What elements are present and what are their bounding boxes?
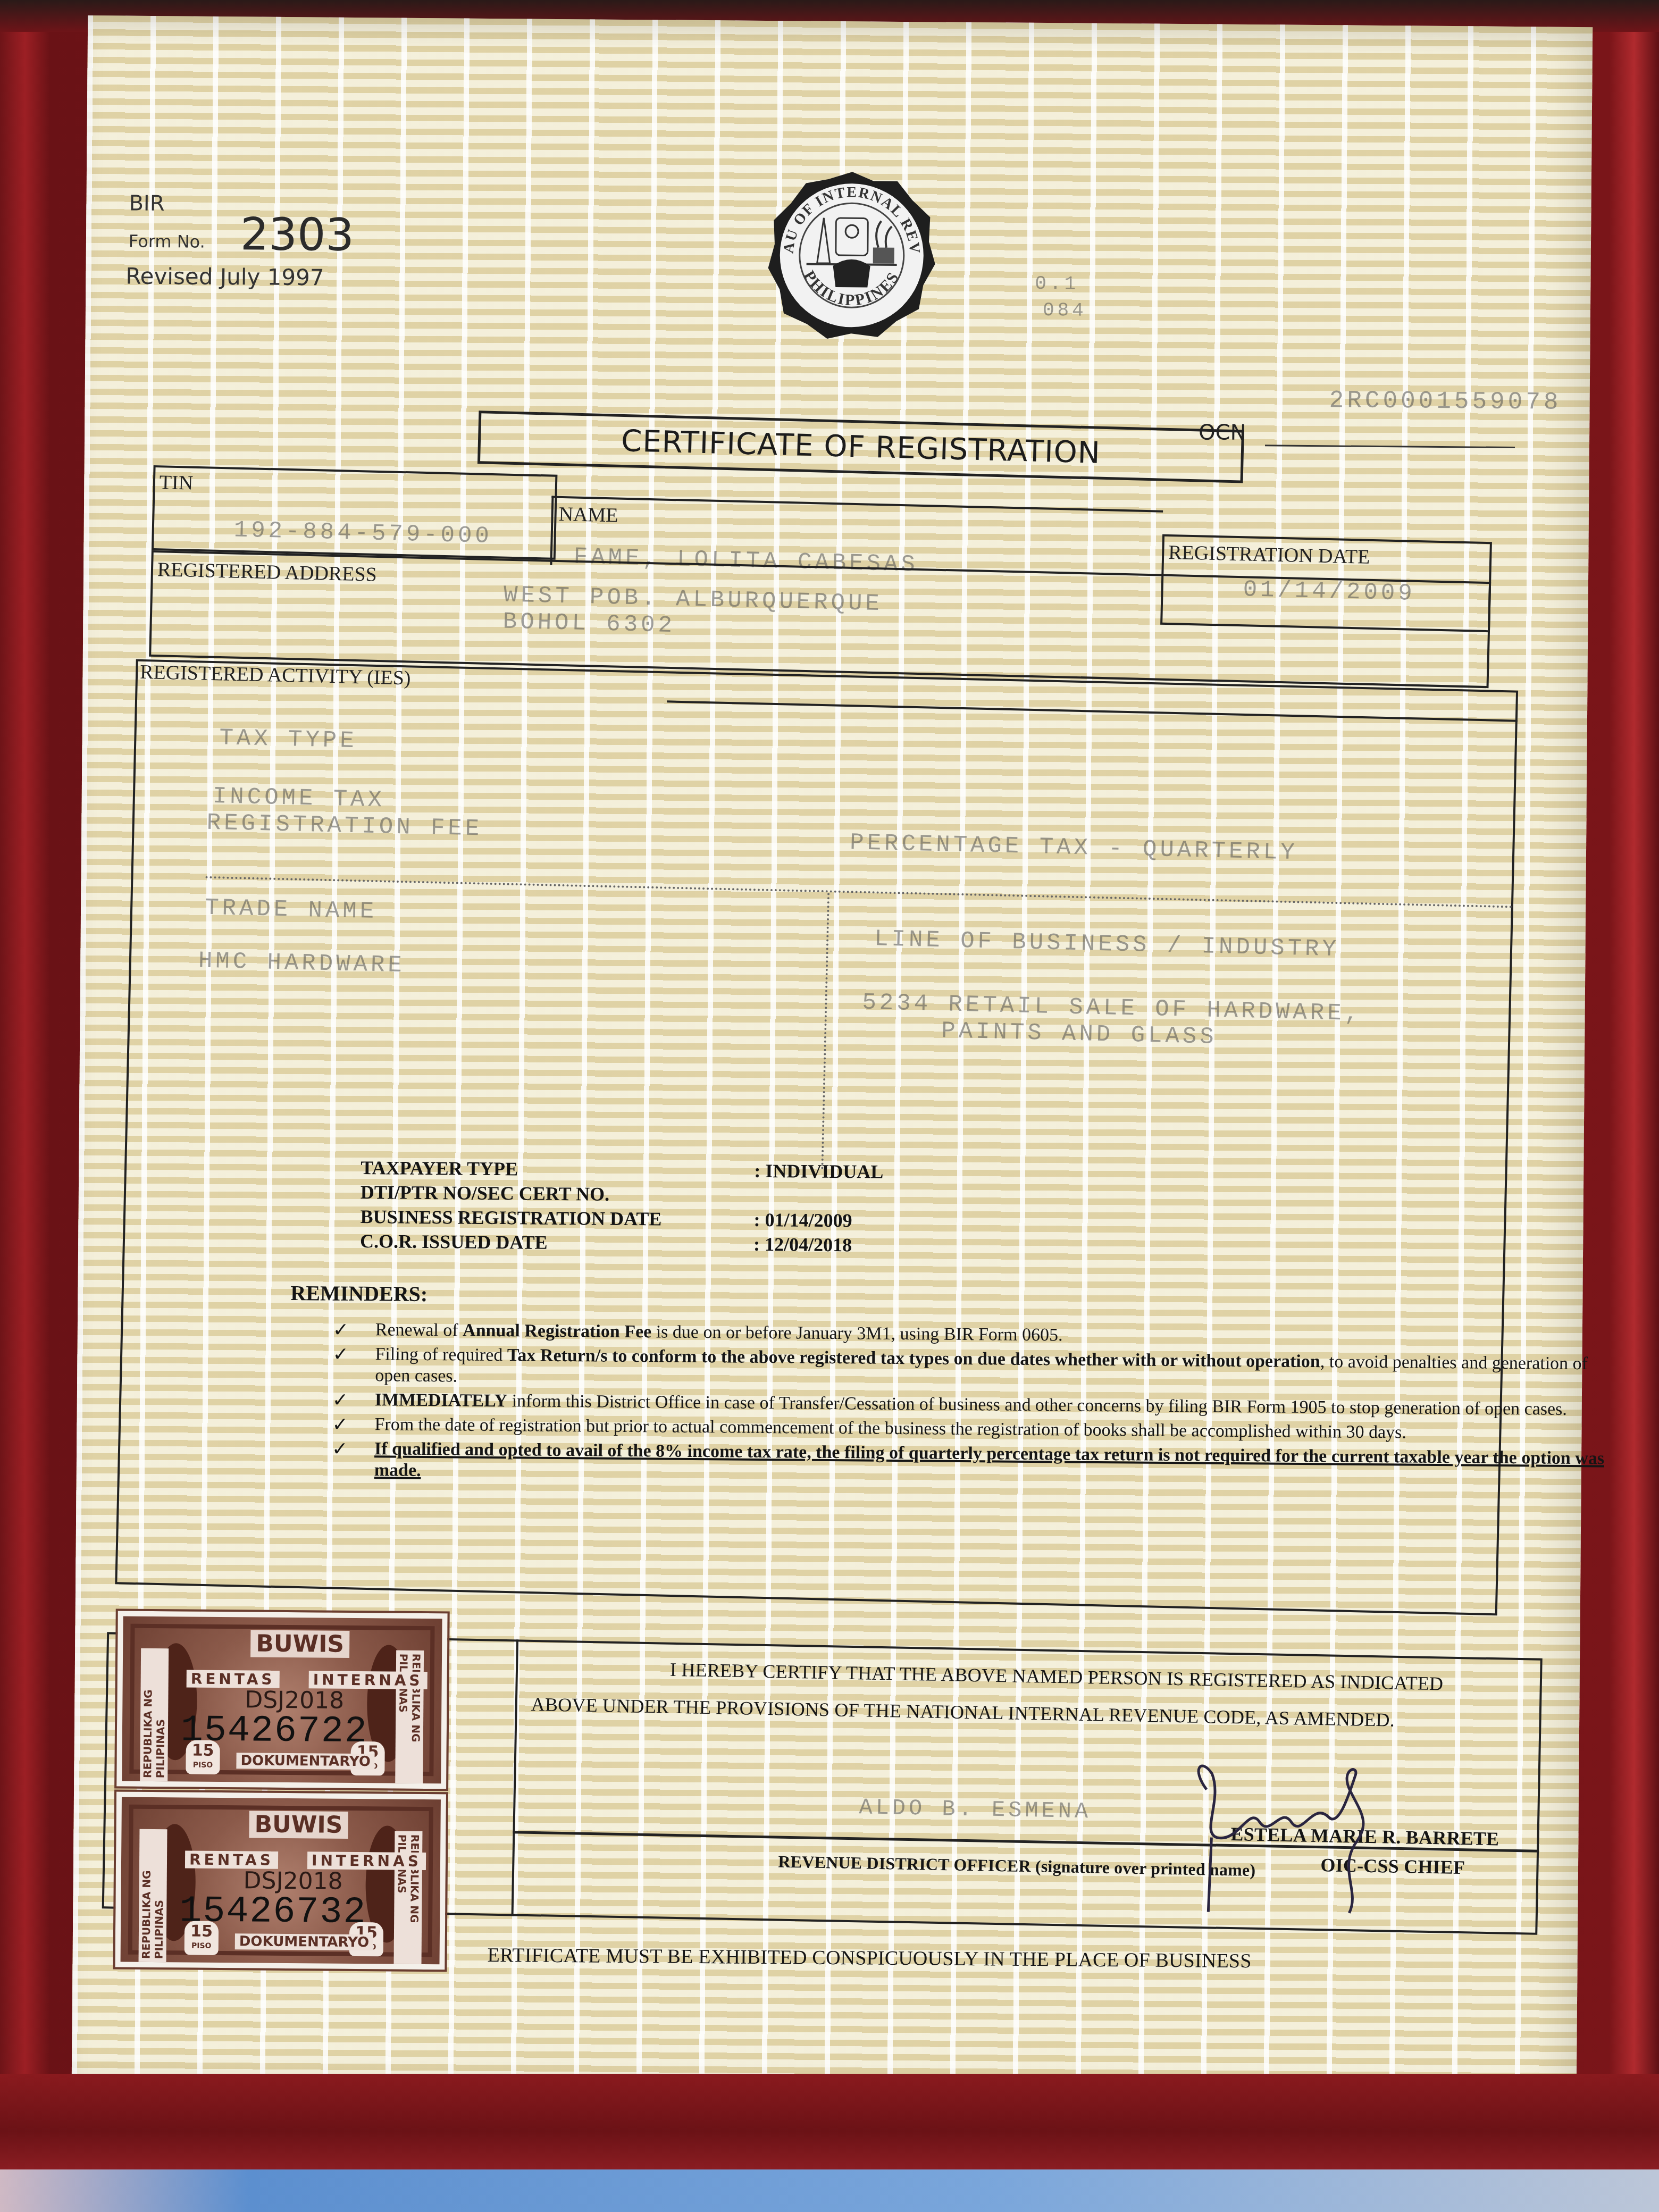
reminder-item: ✓Filing of required Tax Return/s to conf…	[332, 1344, 1609, 1396]
signature-mark	[1179, 1757, 1478, 1919]
trade-name-label: TRADE NAME	[205, 895, 378, 925]
tax-type-label: TAX TYPE	[219, 725, 357, 755]
reminders-list: ✓Renewal of Annual Registration Fee is d…	[332, 1319, 1609, 1491]
stamp-value-left: 15PISO	[185, 1921, 219, 1955]
info-row-taxpayer-type: TAXPAYER TYPE: INDIVIDUAL	[361, 1155, 883, 1184]
ocn-underline	[1265, 445, 1515, 448]
stamp-header: BUWIS	[250, 1630, 349, 1657]
background-below-frame	[0, 2169, 1659, 2212]
documentary-stamp-1: REPUBLIKA NG PILIPINAS REPUBLIKA NG PILI…	[116, 1611, 448, 1789]
check-icon: ✓	[332, 1438, 348, 1460]
page-title: CERTIFICATE OF REGISTRATION	[621, 423, 1101, 470]
rdo-printed-name: ALDO B. ESMENA	[859, 1795, 1092, 1824]
rdo-code-line1: 0.1	[1035, 273, 1079, 295]
certificate-paper: BIR Form No. 2303 Revised July 1997 BURE…	[72, 15, 1593, 2090]
documentary-stamp-2: REPUBLIKA NG PILIPINAS REPUBLIKA NG PILI…	[115, 1791, 446, 1970]
reminder-item: ✓If qualified and opted to avail of the …	[332, 1438, 1608, 1491]
info-row-dti: DTI/PTR NO/SEC CERT NO.	[361, 1180, 883, 1209]
stamp-header: BUWIS	[249, 1811, 348, 1838]
form-revised: Revised July 1997	[125, 263, 324, 291]
form-number: 2303	[240, 208, 355, 261]
bir-seal-icon: BUREAU OF INTERNAL REVENUE PHILIPPINES	[763, 167, 940, 344]
documentary-stamps: REPUBLIKA NG PILIPINAS REPUBLIKA NG PILI…	[115, 1611, 447, 1970]
reminders: REMINDERS: ✓Renewal of Annual Registrati…	[332, 1283, 1610, 1494]
check-icon: ✓	[332, 1344, 348, 1365]
address-label: REGISTERED ADDRESS	[157, 558, 378, 586]
stamp-type: DOKUMENTARYO	[235, 1933, 374, 1950]
check-icon: ✓	[332, 1389, 348, 1411]
rdo-code-line2: 084	[1043, 299, 1087, 322]
check-icon: ✓	[332, 1414, 348, 1435]
stamp-type: DOKUMENTARYO	[236, 1753, 375, 1770]
tin-label: TIN	[159, 471, 193, 495]
name-label: NAME	[558, 502, 618, 527]
footer-notice: ERTIFICATE MUST BE EXHIBITED CONSPICUOUS…	[487, 1943, 1251, 1973]
info-row-business-reg-date: BUSINESS REGISTRATION DATE: 01/14/2009	[360, 1204, 883, 1233]
taxpayer-info: TAXPAYER TYPE: INDIVIDUAL DTI/PTR NO/SEC…	[360, 1155, 883, 1258]
address-line2: BOHOL 6302	[502, 609, 675, 640]
frame-bottom-edge	[0, 2074, 1659, 2169]
registration-date-label: REGISTRATION DATE	[1168, 541, 1370, 569]
trade-name-value: HMC HARDWARE	[198, 948, 405, 979]
tax-type-1: INCOME TAX	[212, 783, 385, 814]
form-no-label: Form No.	[129, 231, 205, 252]
check-icon: ✓	[333, 1319, 349, 1340]
ocn-number: 2RC0001559078	[1329, 387, 1561, 416]
title-box: CERTIFICATE OF REGISTRATION	[477, 410, 1244, 483]
tin-value: 192-884-579-000	[233, 517, 492, 550]
stamp-value-left: 15PISO	[186, 1740, 220, 1774]
tin-cell: TIN 192-884-579-000	[152, 465, 558, 560]
form-agency: BIR	[129, 191, 164, 216]
info-row-cor-issued-date: C.O.R. ISSUED DATE: 12/04/2018	[360, 1229, 883, 1258]
